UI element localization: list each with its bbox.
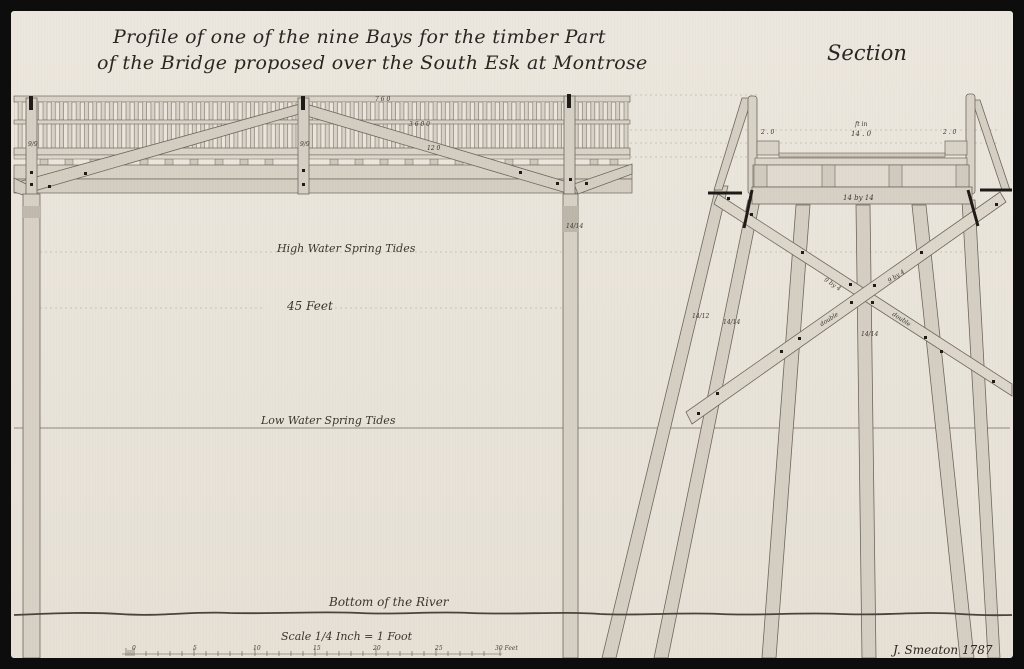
dim-post-mid: 9/9 [300, 141, 310, 148]
dim-post-left: 9/9 [28, 141, 38, 148]
scale-tick-15: 15 [313, 645, 321, 652]
dim-pile: 14/14 [566, 223, 583, 230]
dim-rail-top: 7 6 0 [375, 96, 390, 103]
dim-rail-mid: 3 6 0 0 [409, 121, 430, 128]
scale-tick-0: 0 [132, 645, 136, 652]
dim-roadway-width: 14 . 0 [851, 130, 871, 138]
drawing-title-line2: of the Bridge proposed over the South Es… [97, 54, 648, 73]
dim-left-walk: 2 . 0 [761, 129, 774, 136]
section-title: Section [827, 43, 907, 64]
dim-inner-pile-left: 14/14 [723, 319, 740, 326]
dim-brace: 12 0 [427, 145, 440, 152]
scale-tick-20: 20 [373, 645, 381, 652]
scale-bar [122, 648, 502, 656]
drawing-sheet: Profile of one of the nine Bays for the … [11, 11, 1013, 658]
high-water-label: High Water Spring Tides [277, 243, 415, 254]
river-bottom-label: Bottom of the River [329, 596, 449, 608]
scale-tick-30: 30 Feet [495, 645, 518, 652]
dim-roadway-units: ft in [855, 121, 867, 128]
dim-right-walk: 2 . 0 [943, 129, 956, 136]
dim-center-pile: 14/14 [861, 331, 878, 338]
low-water-label: Low Water Spring Tides [261, 415, 395, 426]
signature: J. Smeaton 1787 [893, 644, 993, 656]
dim-outer-pile-left: 14/12 [692, 313, 709, 320]
scale-tick-5: 5 [193, 645, 197, 652]
scale-tick-10: 10 [253, 645, 261, 652]
dim-cap-beam: 14 by 14 [843, 194, 874, 202]
depth-label: 45 Feet [287, 300, 333, 312]
section-deck [748, 94, 975, 204]
scale-caption: Scale 1/4 Inch = 1 Foot [281, 631, 412, 642]
scale-tick-25: 25 [435, 645, 443, 652]
drawing-title-line1: Profile of one of the nine Bays for the … [113, 28, 606, 47]
pile-shadow-left [23, 206, 40, 218]
